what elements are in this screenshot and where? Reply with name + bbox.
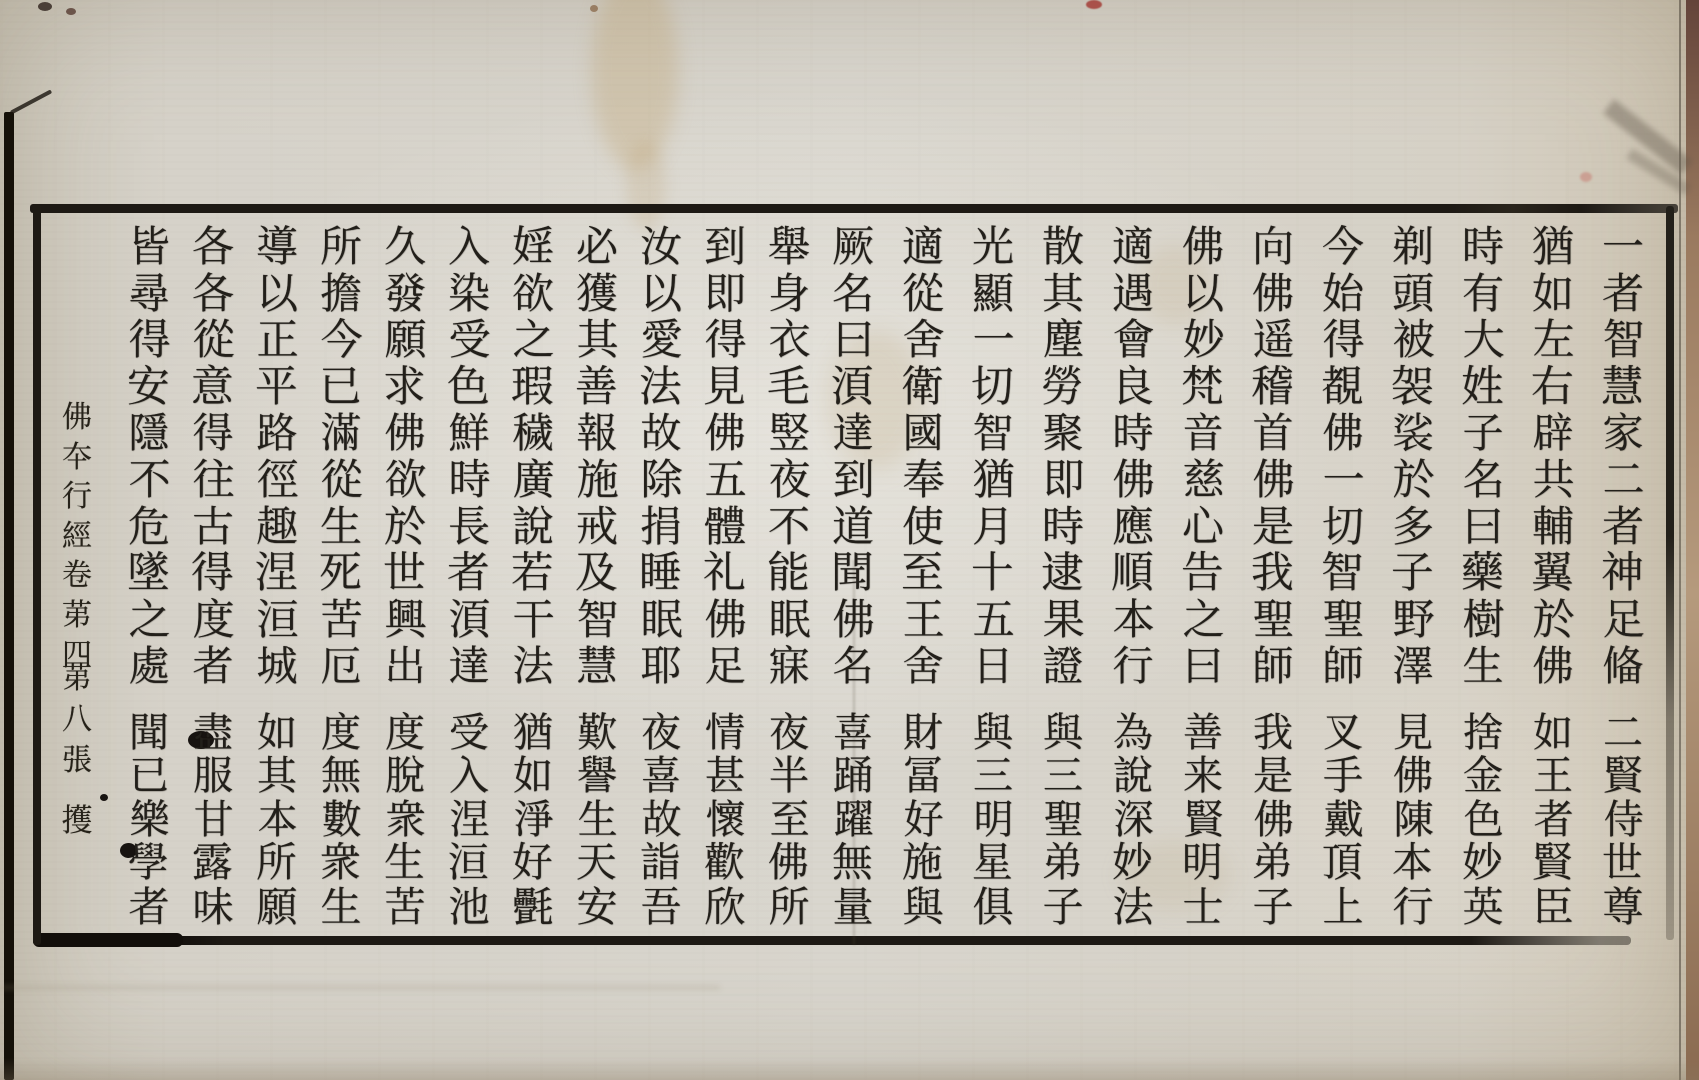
upper-verses: 佛以妙梵音慈心告之曰: [1170, 224, 1236, 690]
glyph: 好: [499, 842, 566, 886]
glyph: 法: [1100, 886, 1166, 929]
glyph: 久: [372, 224, 438, 271]
glyph: 滿: [308, 410, 374, 457]
glyph: 臣: [1520, 886, 1586, 929]
glyph: 三: [960, 755, 1026, 798]
upper-verses: 適遇會良時佛應順本行: [1100, 224, 1166, 690]
glyph: 各: [180, 271, 246, 318]
glyph: 應: [1100, 504, 1166, 551]
lower-verse: 我是佛弟子: [1240, 712, 1306, 929]
glyph: 故: [629, 799, 695, 842]
lower-verse: 夜喜故詣吾: [628, 712, 694, 929]
glyph: 擔: [308, 271, 374, 318]
glyph: 除: [629, 457, 695, 504]
glyph: 一: [1311, 457, 1377, 504]
lower-verse: 喜踊躍無量: [820, 712, 886, 929]
glyph: 毛: [755, 363, 822, 410]
glyph: 竪: [756, 410, 822, 457]
glyph: 善: [1170, 712, 1236, 755]
glyph: 有: [1450, 271, 1516, 318]
glyph: 學: [115, 842, 182, 886]
glyph: 張: [52, 740, 102, 781]
glyph: 月: [960, 504, 1026, 551]
glyph: 名: [820, 271, 886, 318]
glyph: 甘: [181, 799, 247, 842]
glyph: 數: [309, 799, 375, 842]
glyph: 洹: [435, 842, 502, 886]
glyph: 王: [1520, 755, 1586, 798]
glyph: 聞: [116, 712, 182, 755]
upper-verses: 一者智慧家二者神足偹: [1590, 224, 1656, 690]
lower-verse: 受入涅洹池: [436, 712, 502, 929]
glyph: 安: [115, 363, 182, 410]
glyph: 瑕: [499, 363, 566, 410]
glyph: 二: [1591, 457, 1657, 504]
glyph: 辟: [1520, 410, 1586, 457]
glyph: 心: [1170, 504, 1236, 551]
glyph: 愛: [629, 317, 695, 364]
verse-column-1: 一者智慧家二者神足偹二賢侍世尊: [1590, 0, 1656, 1080]
glyph: 者: [435, 550, 502, 597]
upper-verses: 散其塵勞聚即時逮果證: [1030, 224, 1096, 690]
glyph: 果: [1031, 597, 1097, 644]
lower-verse: 盡服甘露味: [180, 712, 246, 929]
glyph: 得: [180, 410, 246, 457]
glyph: 如: [500, 755, 566, 798]
glyph: 好: [891, 799, 957, 842]
glyph: 歡: [691, 842, 758, 886]
glyph: 至: [757, 799, 823, 842]
glyph: 今: [309, 317, 375, 364]
glyph: 世: [1589, 842, 1656, 886]
glyph: 子: [1030, 886, 1096, 929]
glyph: 色: [435, 363, 502, 410]
upper-verses: 到即得見佛五體礼佛足: [692, 224, 758, 690]
glyph: 王: [891, 597, 957, 644]
glyph: 三: [1030, 755, 1096, 798]
glyph: 天: [563, 842, 630, 886]
lower-verse: 見佛陳本行: [1380, 712, 1446, 929]
glyph: 夜: [756, 712, 822, 755]
glyph: 子: [1450, 410, 1516, 457]
glyph: 苐: [52, 658, 102, 699]
glyph: 得: [117, 317, 183, 364]
glyph: 生: [371, 842, 438, 886]
lower-verse: 捨金色妙英: [1450, 712, 1516, 929]
glyph: 適: [890, 224, 956, 271]
glyph: 奉: [891, 457, 957, 504]
glyph: 猶: [500, 712, 566, 755]
glyph: 塵: [1031, 317, 1097, 364]
glyph: 㲲: [500, 886, 566, 929]
lower-verse: 如王者賢臣: [1520, 712, 1586, 929]
glyph: 故: [628, 410, 694, 457]
glyph: 十: [959, 550, 1026, 597]
glyph: 會: [1101, 317, 1167, 364]
lower-verse: 度無數衆生: [308, 712, 374, 929]
glyph: 眠: [757, 597, 823, 644]
glyph: 喜: [820, 712, 886, 755]
upper-verses: 所擔今已滿從生死苦厄: [308, 224, 374, 690]
glyph: 即: [1031, 457, 1097, 504]
glyph: 體: [692, 504, 758, 551]
verse-column-11: 適從舍衛國奉使至王舍財冨好施與: [890, 0, 956, 1080]
glyph: 苦: [372, 886, 438, 929]
glyph: 子: [1379, 550, 1446, 597]
glyph: 鮮: [436, 410, 502, 457]
glyph: 佛: [1520, 643, 1586, 690]
glyph: 所: [756, 886, 822, 929]
glyph: 度: [372, 712, 438, 755]
glyph: 無: [819, 842, 886, 886]
glyph: 弟: [1029, 842, 1096, 886]
glyph: 受: [436, 712, 502, 755]
glyph: 吾: [628, 886, 694, 929]
glyph: 手: [1310, 755, 1376, 798]
glyph: 左: [1521, 317, 1587, 364]
lower-verse: 財冨好施與: [890, 712, 956, 929]
glyph: 英: [1450, 886, 1516, 929]
glyph: 與: [1030, 712, 1096, 755]
glyph: 智: [1309, 550, 1376, 597]
glyph: 五: [693, 457, 759, 504]
glyph: 願: [373, 317, 439, 364]
glyph: 涅: [243, 550, 310, 597]
glyph: 處: [116, 643, 182, 690]
glyph: 衛: [889, 363, 956, 410]
glyph: 得: [1311, 317, 1377, 364]
verse-column-16: 必獲其善報施戒及智慧歎譽生天安: [564, 0, 630, 1080]
glyph: 姓: [1449, 363, 1516, 410]
glyph: 梵: [1169, 363, 1236, 410]
text-columns: 一者智慧家二者神足偹二賢侍世尊猶如左右辟共輔翼於佛如王者賢臣時有大姓子名曰藥樹生…: [0, 0, 1699, 1080]
glyph: 足: [692, 643, 758, 690]
glyph: 從: [309, 457, 375, 504]
glyph: 已: [307, 363, 374, 410]
verse-column-18: 入染受色鮮時長者湏達受入涅洹池: [436, 0, 502, 1080]
glyph: 染: [436, 271, 502, 318]
glyph: 達: [820, 410, 886, 457]
glyph: 衆: [373, 799, 439, 842]
glyph: 報: [564, 410, 630, 457]
glyph: 生: [1450, 643, 1516, 690]
glyph: 聖: [1031, 799, 1097, 842]
glyph: 一: [961, 317, 1027, 364]
glyph: 施: [565, 457, 631, 504]
glyph: 度: [308, 712, 374, 755]
glyph: 寐: [756, 643, 822, 690]
glyph: 告: [1169, 550, 1236, 597]
glyph: 順: [1099, 550, 1166, 597]
glyph: 色: [1451, 799, 1517, 842]
glyph: 干: [501, 597, 567, 644]
glyph: 猶: [1520, 224, 1586, 271]
glyph: 覩: [1309, 363, 1376, 410]
glyph: 到: [692, 224, 758, 271]
glyph: 佛: [821, 597, 887, 644]
glyph: 上: [1310, 886, 1376, 929]
glyph: 時: [1100, 410, 1166, 457]
glyph: 我: [1239, 550, 1306, 597]
glyph: 礼: [691, 550, 758, 597]
glyph: 及: [563, 550, 630, 597]
glyph: 本: [1379, 842, 1446, 886]
glyph: 士: [1170, 886, 1236, 929]
glyph: 從: [181, 317, 247, 364]
glyph: 多: [1380, 504, 1446, 551]
verse-column-17: 婬欲之瑕穢廣說若干法猶如淨好㲲: [500, 0, 566, 1080]
glyph: 厥: [820, 224, 886, 271]
glyph: 譽: [564, 755, 630, 798]
glyph: 曰: [1450, 504, 1516, 551]
glyph: 俱: [960, 886, 1026, 929]
glyph: 衣: [757, 317, 823, 364]
glyph: 衆: [307, 842, 374, 886]
glyph: 之: [501, 317, 567, 364]
volume-title: 佛夲行經卷苐四: [52, 398, 102, 675]
upper-verses: 今始得覩佛一切智聖師: [1310, 224, 1376, 690]
glyph: 行: [1380, 886, 1446, 929]
verse-column-5: 今始得覩佛一切智聖師叉手戴頂上: [1310, 0, 1376, 1080]
upper-verses: 時有大姓子名曰藥樹生: [1450, 224, 1516, 690]
glyph: 隱: [116, 410, 182, 457]
glyph: 行: [1100, 643, 1166, 690]
upper-verses: 厥名曰湏達到道聞佛名: [820, 224, 886, 690]
glyph: 是: [1240, 504, 1306, 551]
glyph: 涅: [437, 799, 503, 842]
glyph: 妙: [1099, 842, 1166, 886]
glyph: 佛: [755, 842, 822, 886]
glyph: 今: [1310, 224, 1376, 271]
glyph: 如: [1520, 271, 1586, 318]
glyph: 猶: [961, 457, 1027, 504]
glyph: 為: [1100, 712, 1166, 755]
glyph: 聚: [1030, 410, 1096, 457]
glyph: 池: [436, 886, 502, 929]
verse-column-15: 汝以愛法故除捐睡眠耶夜喜故詣吾: [628, 0, 694, 1080]
glyph: 即: [692, 271, 758, 318]
glyph: 眠: [629, 597, 695, 644]
glyph: 野: [1381, 597, 1447, 644]
manuscript-page: 一者智慧家二者神足偹二賢侍世尊猶如左右辟共輔翼於佛如王者賢臣時有大姓子名曰藥樹生…: [0, 0, 1699, 1080]
glyph: 智: [960, 410, 1026, 457]
glyph: 甚: [692, 755, 758, 798]
glyph: 廣: [501, 457, 567, 504]
glyph: 頂: [1309, 842, 1376, 886]
glyph: 死: [307, 550, 374, 597]
glyph: 明: [961, 799, 1027, 842]
glyph: 剃: [1380, 224, 1446, 271]
glyph: 城: [244, 643, 310, 690]
glyph: 遇: [1100, 271, 1166, 318]
glyph: 冨: [890, 755, 956, 798]
glyph: 其: [244, 755, 310, 798]
glyph: 捐: [628, 504, 694, 551]
glyph: 服: [180, 755, 246, 798]
verse-column-21: 導以正平路徑趣涅洹城如其本所願: [244, 0, 310, 1080]
glyph: 共: [1521, 457, 1587, 504]
glyph: 者: [1590, 271, 1656, 318]
upper-verses: 剃頭被袈裟於多子野澤: [1380, 224, 1446, 690]
glyph: 已: [116, 755, 182, 798]
glyph: 夜: [757, 457, 823, 504]
glyph: 安: [564, 886, 630, 929]
verse-column-12: 厥名曰湏達到道聞佛名喜踊躍無量: [820, 0, 886, 1080]
glyph: 弟: [1239, 842, 1306, 886]
glyph: 國: [890, 410, 956, 457]
glyph: 曰: [821, 317, 887, 364]
glyph: 如: [244, 712, 310, 755]
verse-column-13: 舉身衣毛竪夜不能眠寐夜半至佛所: [756, 0, 822, 1080]
verse-column-9: 散其塵勞聚即時逮果證與三聖弟子: [1030, 0, 1096, 1080]
glyph: 古: [180, 504, 246, 551]
glyph: 叉: [1310, 712, 1376, 755]
glyph: 得: [179, 550, 246, 597]
verse-column-22: 各各從意得往古得度者盡服甘露味: [180, 0, 246, 1080]
upper-verses: 導以正平路徑趣涅洹城: [244, 224, 310, 690]
glyph: 時: [437, 457, 503, 504]
glyph: 向: [1240, 224, 1306, 271]
verse-column-7: 佛以妙梵音慈心告之曰善来賢明士: [1170, 0, 1236, 1080]
glyph: 到: [821, 457, 887, 504]
glyph: 其: [1030, 271, 1096, 318]
verse-column-8: 適遇會良時佛應順本行為說深妙法: [1100, 0, 1166, 1080]
glyph: 平: [243, 363, 310, 410]
glyph: 躍: [821, 799, 887, 842]
glyph: 欲: [373, 457, 439, 504]
glyph: 良: [1099, 363, 1166, 410]
glyph: 智: [1591, 317, 1657, 364]
glyph: 善: [563, 363, 630, 410]
glyph: 佛: [1380, 755, 1446, 798]
glyph: 澤: [1380, 643, 1446, 690]
glyph: 慧: [1589, 363, 1656, 410]
glyph: 足: [1591, 597, 1657, 644]
glyph: 遥: [1241, 317, 1307, 364]
glyph: 湏: [437, 597, 503, 644]
glyph: 世: [371, 550, 438, 597]
lower-verse: 聞已樂學者: [116, 712, 182, 929]
glyph: 汝: [628, 224, 694, 271]
glyph: 翼: [1519, 550, 1586, 597]
verse-column-20: 所擔今已滿從生死苦厄度無數衆生: [308, 0, 374, 1080]
glyph: 顯: [960, 271, 1026, 318]
verse-column-3: 時有大姓子名曰藥樹生捨金色妙英: [1450, 0, 1516, 1080]
glyph: 懷: [693, 799, 759, 842]
lower-verse: 為說深妙法: [1100, 712, 1166, 929]
upper-verses: 適從舍衛國奉使至王舍: [890, 224, 956, 690]
upper-verses: 婬欲之瑕穢廣說若干法: [500, 224, 566, 690]
glyph: 来: [1170, 755, 1236, 798]
verse-column-19: 久發願求佛欲於世興出度脫衆生苦: [372, 0, 438, 1080]
glyph: 師: [1310, 643, 1376, 690]
glyph: 藥: [1449, 550, 1516, 597]
title-column: 佛夲行經卷苐四 苐八張 擭: [52, 0, 102, 1080]
glyph: 名: [820, 643, 886, 690]
glyph: 湏: [819, 363, 886, 410]
glyph: 入: [436, 224, 502, 271]
glyph: 以: [244, 271, 310, 318]
upper-verses: 舉身衣毛竪夜不能眠寐: [756, 224, 822, 690]
glyph: 切: [959, 363, 1026, 410]
glyph: 輔: [1520, 504, 1586, 551]
glyph: 卷: [52, 556, 102, 596]
glyph: 戴: [1311, 799, 1377, 842]
glyph: 行: [52, 477, 102, 517]
glyph: 得: [693, 317, 759, 364]
glyph: 若: [499, 550, 566, 597]
verse-column-14: 到即得見佛五體礼佛足情甚懷歡欣: [692, 0, 758, 1080]
glyph: 佛: [1170, 224, 1236, 271]
glyph: 皆: [116, 224, 182, 271]
glyph: 無: [308, 755, 374, 798]
glyph: 發: [372, 271, 438, 318]
glyph: 音: [1170, 410, 1236, 457]
glyph: 生: [308, 886, 374, 929]
glyph: 勞: [1029, 363, 1096, 410]
glyph: 者: [1521, 799, 1587, 842]
glyph: 苦: [309, 597, 375, 644]
glyph: 以: [1170, 271, 1236, 318]
glyph: 露: [179, 842, 246, 886]
glyph: 裟: [1380, 410, 1446, 457]
glyph: 夜: [628, 712, 694, 755]
glyph: 之: [1171, 597, 1237, 644]
glyph: 妙: [1449, 842, 1516, 886]
glyph: 詣: [627, 842, 694, 886]
glyph: 說: [500, 504, 566, 551]
lower-verse: 猶如淨好㲲: [500, 712, 566, 929]
glyph: 頭: [1380, 271, 1446, 318]
glyph: 入: [436, 755, 502, 798]
glyph: 二: [1590, 712, 1656, 755]
glyph: 深: [1101, 799, 1167, 842]
glyph: 星: [959, 842, 1026, 886]
glyph: 度: [181, 597, 247, 644]
glyph: 慧: [564, 643, 630, 690]
glyph: 大: [1451, 317, 1517, 364]
glyph: 意: [179, 363, 246, 410]
glyph: 生: [565, 799, 631, 842]
glyph: 量: [820, 886, 886, 929]
glyph: 之: [117, 597, 183, 644]
glyph: 喜: [628, 755, 694, 798]
glyph: 施: [889, 842, 956, 886]
lower-verse: 叉手戴頂上: [1310, 712, 1376, 929]
glyph: 法: [627, 363, 694, 410]
glyph: 睡: [627, 550, 694, 597]
glyph: 能: [755, 550, 822, 597]
glyph: 見: [1380, 712, 1446, 755]
glyph: 財: [890, 712, 956, 755]
lower-verse: 夜半至佛所: [756, 712, 822, 929]
glyph: 佛: [1241, 457, 1307, 504]
verse-column-23: 皆尋得安隱不危墜之處聞已樂學者: [116, 0, 182, 1080]
sheet-number: 苐八張: [52, 658, 102, 781]
glyph: 長: [436, 504, 502, 551]
glyph: 情: [692, 712, 758, 755]
glyph: 半: [756, 755, 822, 798]
glyph: 與: [960, 712, 1026, 755]
glyph: 說: [1100, 755, 1166, 798]
glyph: 從: [890, 271, 956, 318]
verse-column-10: 光顯一切智猶月十五日與三明星俱: [960, 0, 1026, 1080]
glyph: 味: [180, 886, 246, 929]
glyph: 苐: [52, 596, 102, 636]
glyph: 我: [1240, 712, 1306, 755]
glyph: 偹: [1590, 643, 1656, 690]
glyph: 名: [1451, 457, 1517, 504]
